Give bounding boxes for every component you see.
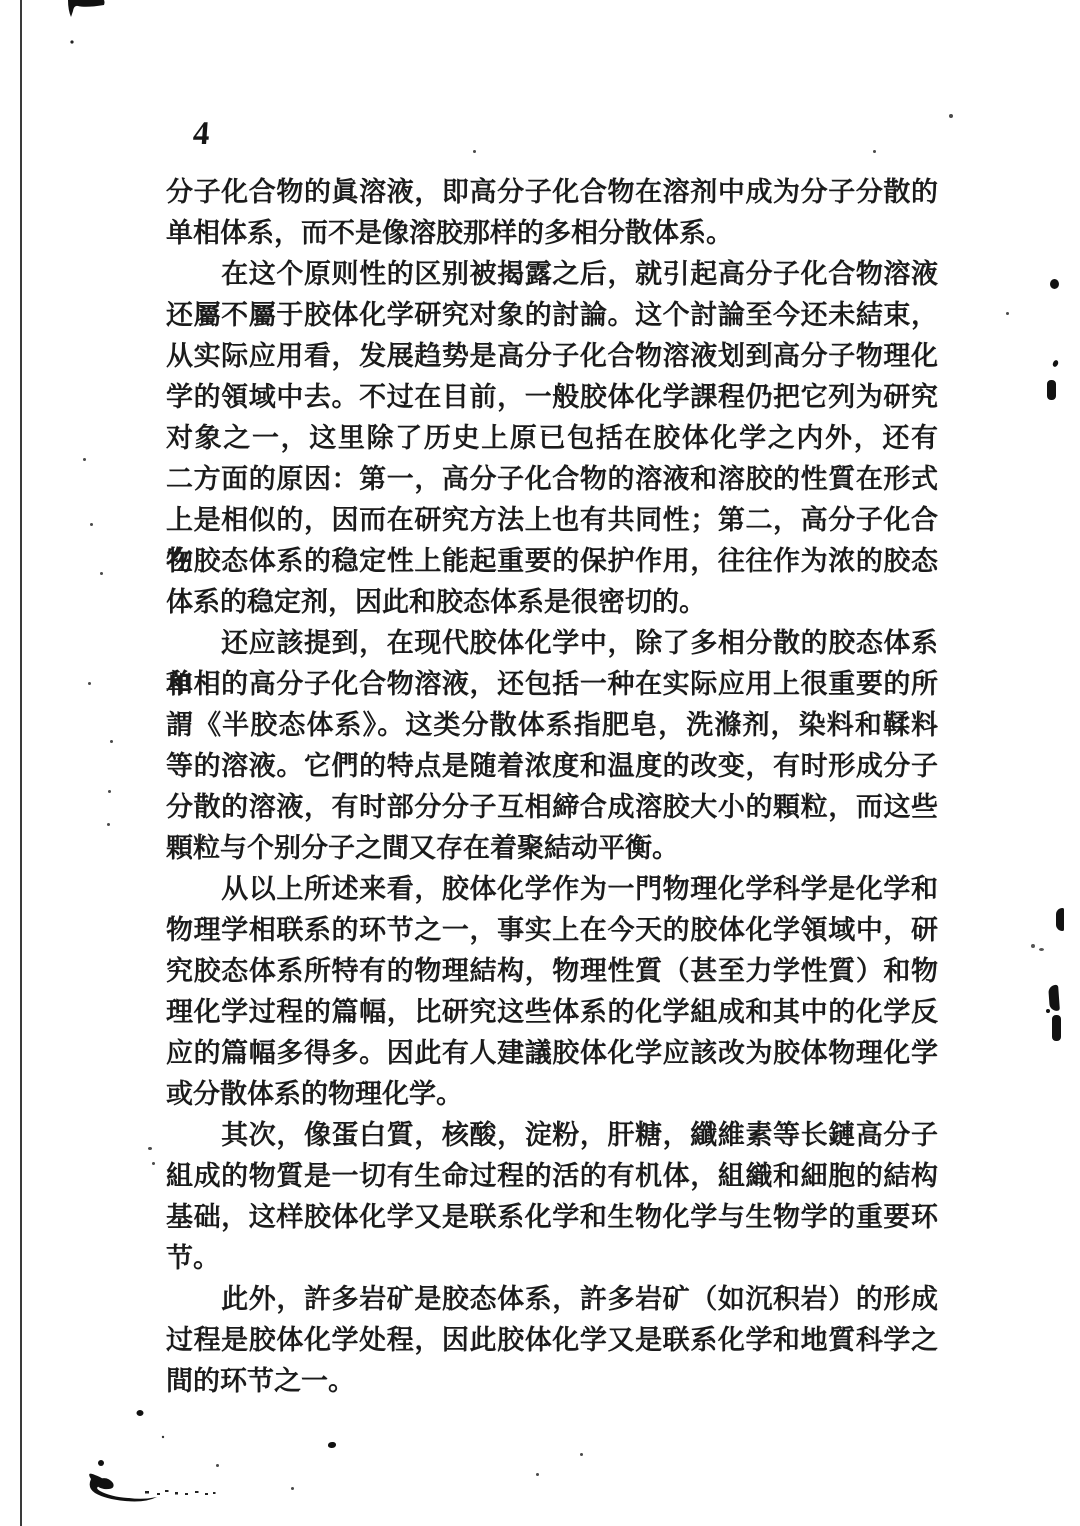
paper-speck (873, 150, 876, 153)
paragraph: 在这个原则性的区别被揭露之后，就引起高分子化合物溶液还屬不屬于胶体化学研究对象的… (166, 254, 938, 623)
paper-speck (536, 1473, 539, 1476)
paper-speck (152, 1162, 155, 1165)
text-line: 組成的物質是一切有生命过程的活的有机体，組織和細胞的結构 (166, 1156, 938, 1197)
text-line: 等的溶液。它們的特点是随着浓度和温度的改变，有时形成分子 (166, 746, 938, 787)
text-line: 应的篇幅多得多。因此有人建議胶体化学应該改为胶体物理化学 (166, 1033, 938, 1074)
paragraph: 其次，像蛋白質，核酸，淀粉，肝糖，纖維素等长鏈高分子組成的物質是一切有生命过程的… (166, 1115, 938, 1279)
text-line: 还应該提到，在现代胶体化学中，除了多相分散的胶态体系和 (166, 623, 938, 664)
text-line: 究胶态体系所特有的物理結构，物理性質（甚至力学性質）和物 (166, 951, 938, 992)
paragraph: 此外，許多岩矿是胶态体系，許多岩矿（如沉积岩）的形成过程是胶体化学处程，因此胶体… (166, 1279, 938, 1402)
text-line: 单相的高分子化合物溶液，还包括一种在实际应用上很重要的所 (166, 664, 938, 705)
text-line: 在这个原则性的区别被揭露之后，就引起高分子化合物溶液 (166, 254, 938, 295)
text-line: 上是相似的，因而在研究方法上也有共同性；第二，高分子化合物 (166, 500, 938, 541)
text-line: 对象之一，这里除了历史上原已包括在胶体化学之内外，还有 (166, 418, 938, 459)
text-line: 物理学相联系的环节之一，事实上在今天的胶体化学領域中，研 (166, 910, 938, 951)
paper-speck (107, 823, 110, 826)
ink-bar-right-3 (1052, 1015, 1061, 1041)
text-line: 单相体系，而不是像溶胶那样的多相分散体系。 (166, 213, 938, 254)
ink-speck-right-1 (1031, 944, 1035, 948)
text-line: 顆粒与个别分子之間又存在着聚結动平衡。 (166, 828, 938, 869)
text-line: 或分散体系的物理化学。 (166, 1074, 938, 1115)
paper-speck (100, 572, 103, 575)
ink-dot-bottom-center (328, 1442, 336, 1448)
text-line: 基础，这样胶体化学又是联系化学和生物化学与生物学的重要环 (166, 1197, 938, 1238)
text-line: 其次，像蛋白質，核酸，淀粉，肝糖，纖維素等长鏈高分子 (166, 1115, 938, 1156)
paragraph: 分子化合物的眞溶液，即高分子化合物在溶剂中成为分子分散的单相体系，而不是像溶胶那… (166, 172, 938, 254)
text-line: 間的环节之一。 (166, 1361, 938, 1402)
text-line: 从实际应用看，发展趋势是高分子化合物溶液划到高分子物理化 (166, 336, 938, 377)
ink-dot-right-1 (1050, 279, 1059, 289)
text-block: 分子化合物的眞溶液，即高分子化合物在溶剂中成为分子分散的单相体系，而不是像溶胶那… (166, 172, 938, 1402)
text-line: 二方面的原因：第一，高分子化合物的溶液和溶胶的性質在形式 (166, 459, 938, 500)
text-line: 分散的溶液，有时部分分子互相締合成溶胶大小的顆粒，而这些 (166, 787, 938, 828)
paper-speck (90, 523, 93, 526)
scan-edge-line (20, 0, 22, 1526)
paragraph: 从以上所述来看，胶体化学作为一門物理化学科学是化学和物理学相联系的环节之一，事实… (166, 869, 938, 1115)
paper-speck (949, 114, 953, 118)
paper-speck (580, 1453, 583, 1456)
ink-mark-top-left (64, 0, 110, 50)
ink-crescent-right (1048, 985, 1060, 1012)
ink-dot-right-2 (1046, 1009, 1050, 1013)
paper-speck (216, 1464, 219, 1467)
text-line: 理化学过程的篇幅，比研究这些体系的化学組成和其中的化学反 (166, 992, 938, 1033)
text-line: 体系的稳定剂，因此和胶态体系是很密切的。 (166, 582, 938, 623)
ink-bar-right-1 (1047, 380, 1056, 400)
paper-speck (110, 740, 113, 743)
ink-speck-right-2 (1039, 948, 1044, 951)
paper-speck (1006, 312, 1009, 315)
paragraph: 还应該提到，在现代胶体化学中，除了多相分散的胶态体系和单相的高分子化合物溶液，还… (166, 623, 938, 869)
text-line: 此外，許多岩矿是胶态体系，許多岩矿（如沉积岩）的形成 (166, 1279, 938, 1320)
text-line: 分子化合物的眞溶液，即高分子化合物在溶剂中成为分子分散的 (166, 172, 938, 213)
text-line: 在胶态体系的稳定性上能起重要的保护作用，往往作为浓的胶态 (166, 541, 938, 582)
text-line: 过程是胶体化学处程，因此胶体化学又是联系化学和地質科学之 (166, 1320, 938, 1361)
scanned-book-page: 4 分子化合物的眞溶液，即高分子化合物在溶剂中成为分子分散的单相体系，而不是像溶… (0, 0, 1080, 1526)
paper-speck (473, 150, 476, 153)
paper-speck (148, 1147, 152, 1150)
page-number: 4 (192, 116, 211, 153)
paper-speck (88, 682, 91, 685)
text-line: 节。 (166, 1238, 938, 1279)
text-line: 学的領域中去。不过在目前，一般胶体化学課程仍把它列为研究 (166, 377, 938, 418)
text-line: 謂《半胶态体系》。这类分散体系指肥皂，洗滌剂，染料和鞣料 (166, 705, 938, 746)
ink-tick-right (1052, 359, 1059, 367)
paper-speck (291, 1487, 294, 1490)
ink-bar-right-2 (1056, 908, 1064, 931)
text-line: 从以上所述来看，胶体化学作为一門物理化学科学是化学和 (166, 869, 938, 910)
paper-speck (108, 790, 111, 793)
text-line: 还屬不屬于胶体化学研究对象的討論。这个討論至今还未結束， (166, 295, 938, 336)
paper-speck (83, 458, 86, 461)
ink-smear-bottom-left (85, 1405, 385, 1515)
